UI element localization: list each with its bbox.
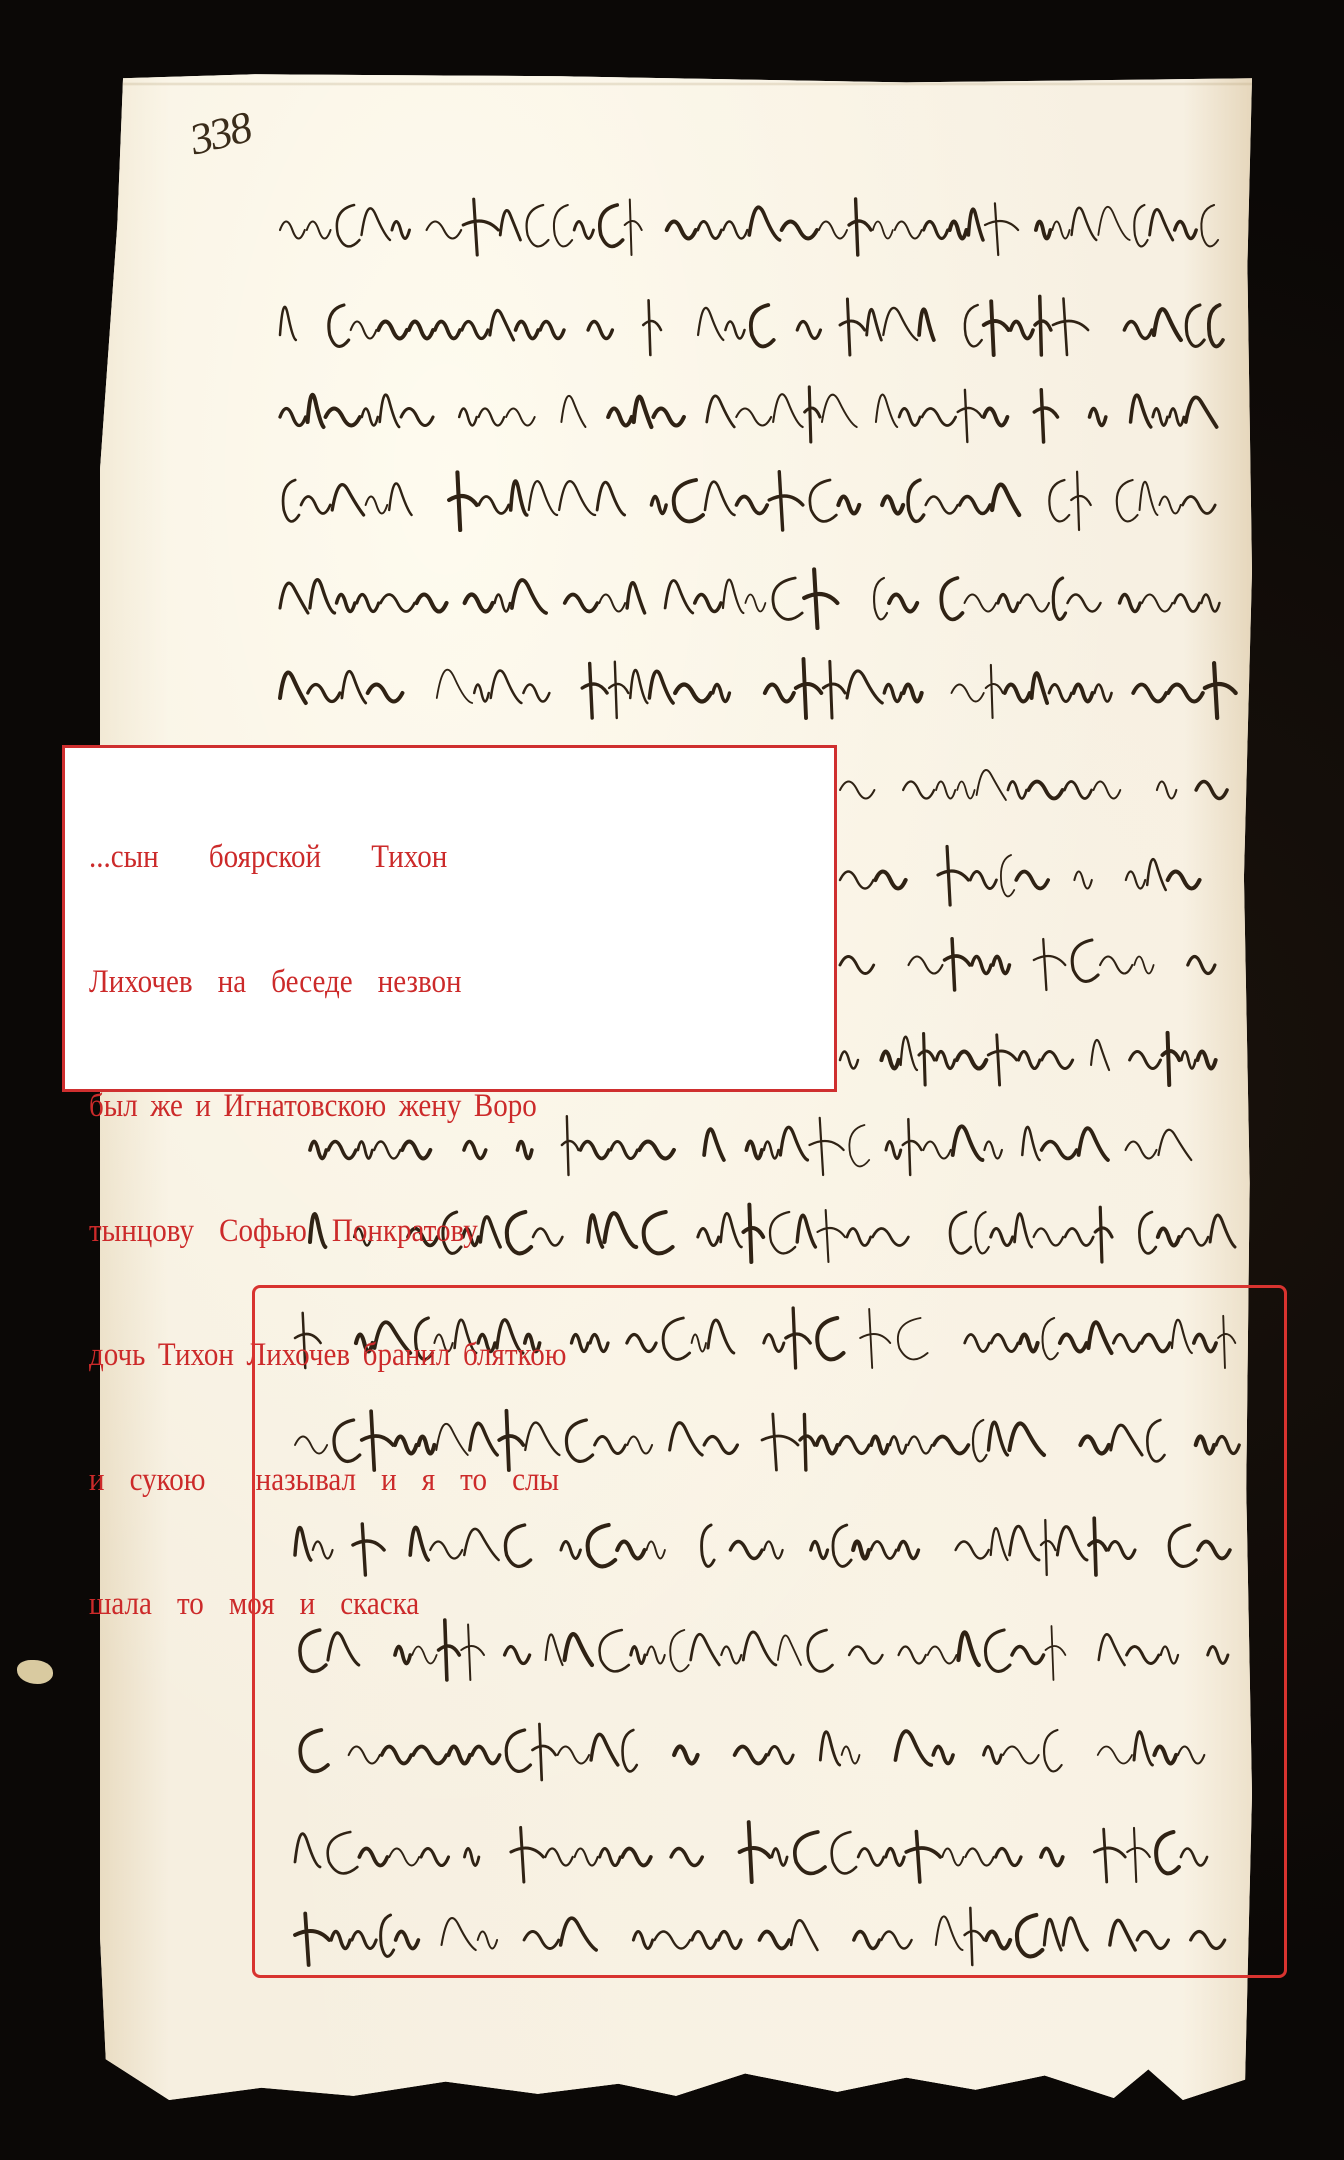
transcription-line: дочь Тихон Лихочев бранил бляткою (89, 1335, 736, 1377)
handwritten-line (280, 372, 1240, 452)
transcription-text: ...сын боярской Тихон Лихочев на беседе … (89, 754, 736, 1709)
handwritten-line (295, 1812, 1255, 1892)
handwritten-line (295, 1710, 1255, 1790)
handwritten-line (280, 185, 1240, 265)
transcription-line: ...сын боярской Тихон (89, 837, 736, 879)
handwritten-line (840, 1015, 1240, 1095)
handwritten-line (280, 285, 1240, 365)
handwritten-line (280, 648, 1240, 728)
transcription-box: ...сын боярской Тихон Лихочев на беседе … (62, 745, 837, 1092)
transcription-line: был же и Игнатовскою жену Воро (89, 1086, 736, 1128)
handwritten-line (840, 835, 1240, 915)
page-fold-line (100, 82, 1252, 86)
handwritten-line (280, 558, 1240, 638)
transcription-line: шала то моя и скаска (89, 1584, 736, 1626)
transcription-line: Лихочев на беседе незвон (89, 962, 736, 1004)
handwritten-line (280, 460, 1240, 540)
handwritten-line (295, 1895, 1255, 1975)
handwritten-line (840, 745, 1240, 825)
transcription-line: тынцову Софью Понкратову (89, 1211, 736, 1253)
handwritten-line (840, 920, 1240, 1000)
transcription-line: и сукою называл и я то слы (89, 1460, 736, 1502)
